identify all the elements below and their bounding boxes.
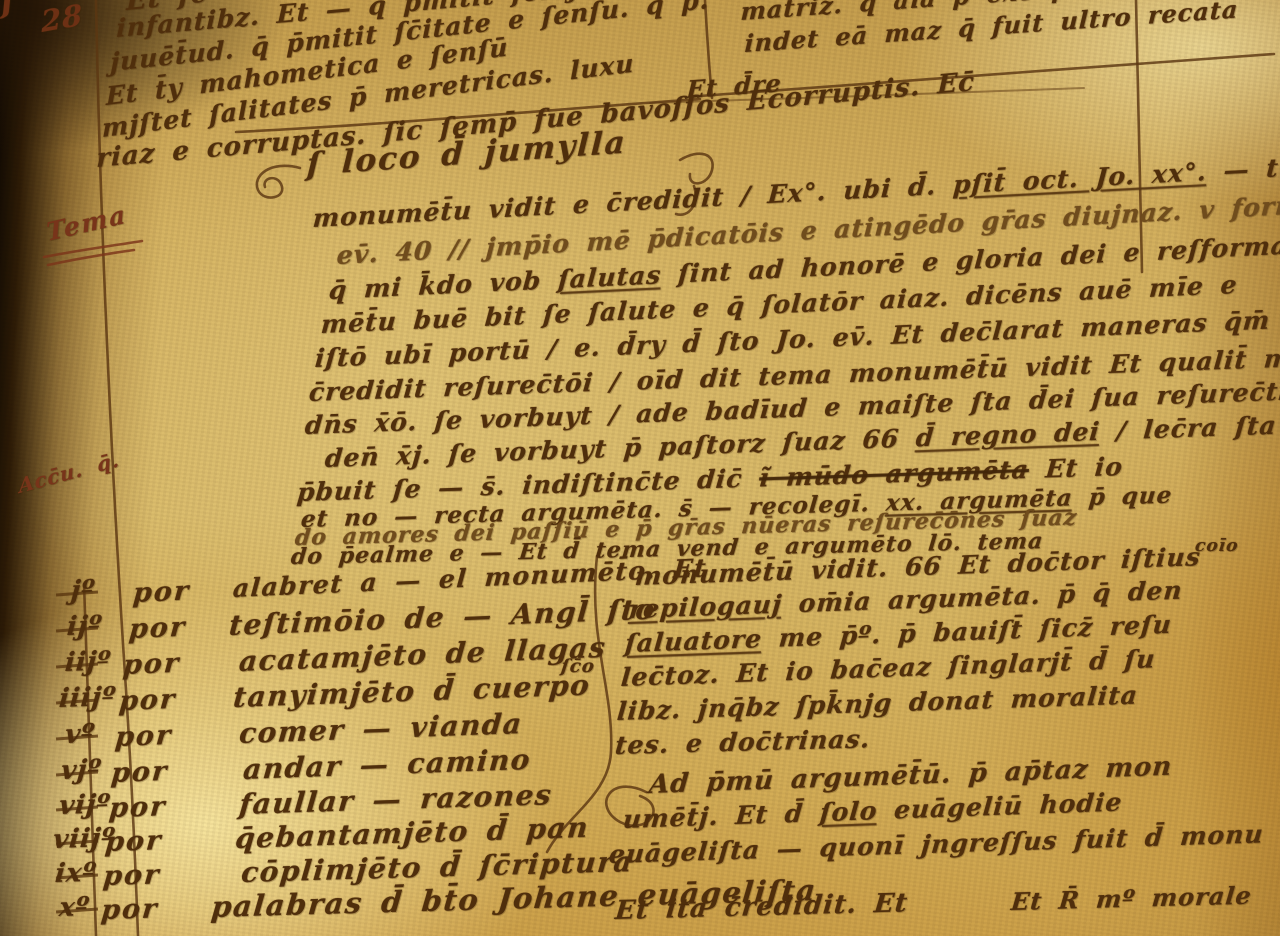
list-item: xºporpalabras d̄ bt̄o Johane euāgeliſta bbox=[0, 893, 1280, 935]
manuscript-page: ſ 28 Tema Acc̄u. q̄. ſ loco d̄ jumylla E… bbox=[0, 0, 1280, 936]
list-item-numeral: iiijº bbox=[58, 684, 117, 712]
numbered-list-layer: jºporalabret a — el monumēt̄o. Etijºport… bbox=[0, 0, 1280, 936]
list-item-connector: por bbox=[132, 577, 191, 607]
list-item-connector: por bbox=[118, 686, 177, 715]
list-item-numeral: ixº bbox=[54, 860, 98, 887]
list-item-connector: por bbox=[102, 861, 162, 890]
list-item-connector: por bbox=[122, 650, 181, 679]
list-item-numeral: vijº bbox=[58, 791, 112, 819]
list-item-numeral: iijº bbox=[64, 648, 112, 676]
list-item-connector: por bbox=[114, 722, 173, 751]
list-item-connector: por bbox=[128, 614, 187, 643]
list-item-numeral: vjº bbox=[60, 756, 103, 784]
list-item-connector: por bbox=[110, 758, 169, 787]
list-item-label: comer — vianda bbox=[238, 710, 524, 748]
list-item-numeral: jº bbox=[70, 577, 96, 604]
list-item-connector: por bbox=[104, 827, 164, 856]
list-item-numeral: vº bbox=[64, 721, 96, 748]
list-item-connector: por bbox=[108, 793, 168, 822]
list-item-label: andar — camino bbox=[242, 746, 532, 784]
list-item-numeral: xº bbox=[58, 894, 91, 921]
list-item-connector: por bbox=[100, 895, 160, 924]
list-item-numeral: ijº bbox=[66, 613, 103, 640]
